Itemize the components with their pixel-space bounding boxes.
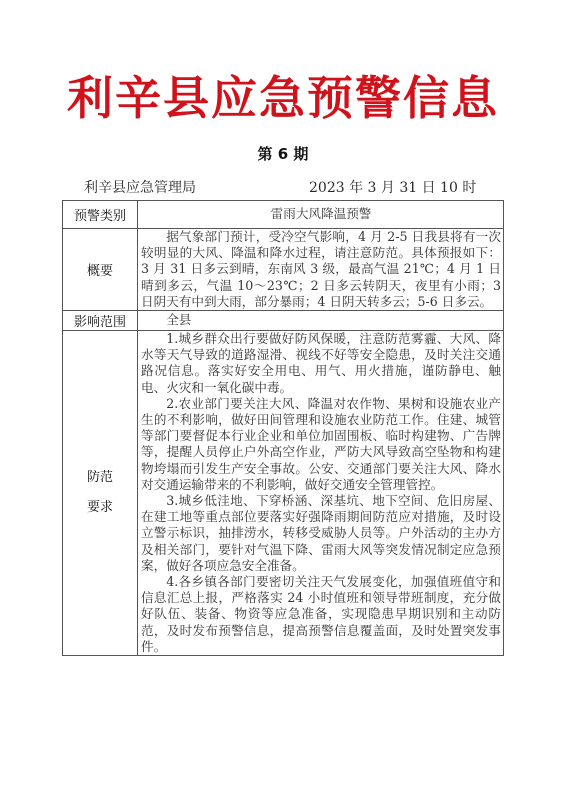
scope-value: 全县: [141, 312, 501, 328]
row-label-requirements: 防范 要求: [63, 331, 138, 656]
requirement-item-1: 1.城乡群众出行要做好防风保暖，注意防范雾霾、大风、降水等天气导致的道路湿滑、视…: [141, 331, 501, 396]
requirement-item-2: 2.农业部门要关注大风、降温对农作物、果树和设施农业产生的不利影响，做好田间管理…: [141, 396, 501, 493]
scope-cell: 全县: [138, 311, 504, 331]
table-row-category: 预警类别 雷雨大风降温预警: [63, 201, 504, 229]
publisher: 利辛县应急管理局: [84, 177, 196, 197]
warning-info-table: 预警类别 雷雨大风降温预警 概要 据气象部门预计，受冷空气影响，4 月 2-5 …: [62, 200, 504, 656]
table-row-scope: 影响范围 全县: [63, 311, 504, 331]
warning-category-value: 雷雨大风降温预警: [138, 201, 504, 229]
summary-text: 据气象部门预计，受冷空气影响，4 月 2-5 日我县将有一次较明显的大风、降温和…: [141, 229, 501, 310]
issue-number: 第 6 期: [0, 143, 566, 164]
row-label-category: 预警类别: [63, 201, 138, 229]
summary-cell: 据气象部门预计，受冷空气影响，4 月 2-5 日我县将有一次较明显的大风、降温和…: [138, 229, 504, 311]
issue-datetime: 2023 年 3 月 31 日 10 时: [309, 177, 476, 197]
requirement-item-3: 3.城乡低洼地、下穿桥涵、深基坑、地下空间、危旧房屋、在建工地等重点部位要落实好…: [141, 493, 501, 574]
label-line-1: 防范: [63, 463, 137, 493]
table-row-summary: 概要 据气象部门预计，受冷空气影响，4 月 2-5 日我县将有一次较明显的大风、…: [63, 229, 504, 311]
label-line-2: 要求: [63, 493, 137, 523]
table-row-requirements: 防范 要求 1.城乡群众出行要做好防风保暖，注意防范雾霾、大风、降水等天气导致的…: [63, 331, 504, 656]
row-label-scope: 影响范围: [63, 311, 138, 331]
requirements-cell: 1.城乡群众出行要做好防风保暖，注意防范雾霾、大风、降水等天气导致的道路湿滑、视…: [138, 331, 504, 656]
document-title: 利辛县应急预警信息: [0, 68, 566, 128]
requirement-item-4: 4.各乡镇各部门要密切关注天气发展变化，加强值班值守和信息汇总上报，严格落实 2…: [141, 574, 501, 655]
row-label-summary: 概要: [63, 229, 138, 311]
